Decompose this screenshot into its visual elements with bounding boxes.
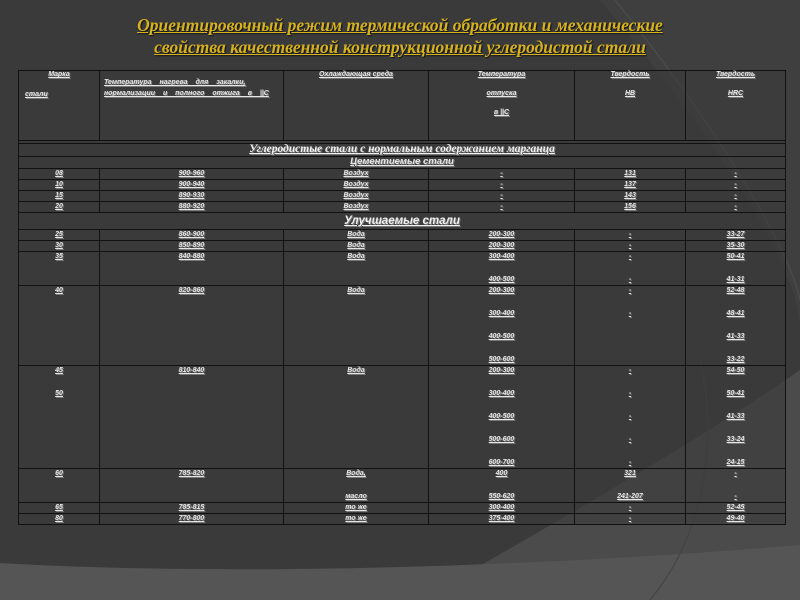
- cell-text: 41-33: [727, 333, 745, 340]
- cell-tempering: 375-400: [429, 514, 575, 525]
- cell-cooling: Вода,масло: [284, 469, 429, 503]
- cell-text: -: [629, 504, 631, 511]
- cell-cooling: то же: [284, 503, 429, 514]
- cell-line: -: [575, 366, 685, 376]
- cell-text: 60: [55, 470, 63, 477]
- cell-hb: -----: [575, 366, 686, 469]
- cell-line: 48-41: [686, 309, 785, 319]
- cell-line: 60: [19, 469, 99, 479]
- cell-text: 200-300: [489, 287, 515, 294]
- title-line-2: свойства качественной конструкционной уг…: [60, 36, 740, 58]
- cell-text: 300-400: [489, 253, 515, 260]
- cell-line: 33-24: [686, 435, 785, 445]
- header-grade-line1: Марка: [48, 71, 70, 78]
- cell-line: 200-300: [489, 242, 515, 249]
- cell-text: -: [629, 367, 631, 374]
- cell-line: Вода: [284, 286, 428, 296]
- cell-line: 30: [55, 242, 63, 249]
- cell-text: 550-620: [489, 493, 515, 500]
- cell-text: 900-960: [179, 170, 205, 177]
- cell-text: Вода: [347, 287, 365, 294]
- cell-text: Вода: [347, 242, 365, 249]
- cell-line: -: [575, 435, 685, 445]
- cell-cooling: Воздух: [284, 180, 429, 191]
- cell-line: [575, 332, 685, 342]
- cell-text: 300-400: [489, 310, 515, 317]
- cell-text: -: [629, 390, 631, 397]
- cell-text: -: [734, 493, 736, 500]
- header-hb-line1: Твердость: [610, 71, 649, 78]
- cell-text: 400-500: [489, 413, 515, 420]
- cell-tempering: -: [429, 180, 575, 191]
- cell-hrc: -: [686, 202, 786, 213]
- cell-line: 33-22: [686, 355, 785, 365]
- cell-line: Вода: [347, 242, 365, 249]
- cell-grade: 25: [19, 230, 100, 241]
- cell-text: 131: [624, 170, 636, 177]
- cell-line: 35-30: [727, 242, 745, 249]
- cell-grade: 80: [19, 514, 100, 525]
- cell-line: 41-33: [686, 412, 785, 422]
- cell-text: 33-27: [727, 231, 745, 238]
- cell-text: Вода: [347, 253, 365, 260]
- cell-text: 200-300: [489, 231, 515, 238]
- cell-cooling: Вода: [284, 366, 429, 469]
- header-grade: Марка стали: [19, 71, 100, 141]
- cell-text: Воздух: [343, 170, 368, 177]
- cell-heating: 820-860: [100, 286, 284, 366]
- cell-line: -: [629, 231, 631, 238]
- table-row: 35840-880Вода300-400400-500--50-4141-31: [19, 252, 786, 286]
- cell-line: -: [575, 275, 685, 285]
- table-row: 4550810-840Вода200-300300-400400-500500-…: [19, 366, 786, 469]
- cell-cooling: Воздух: [284, 202, 429, 213]
- cell-line: 375-400: [489, 515, 515, 522]
- cell-line: 400-500: [429, 332, 574, 342]
- cell-hb: -: [575, 230, 686, 241]
- cell-hb: --: [575, 286, 686, 366]
- cell-text: 50: [55, 390, 63, 397]
- cell-text: 785-815: [179, 504, 205, 511]
- cell-hb: -: [575, 503, 686, 514]
- cell-cooling: Вода: [284, 286, 429, 366]
- header-heating-temp: Температура нагрева для закалки, нормали…: [100, 71, 284, 141]
- cell-line: Вода: [347, 231, 365, 238]
- header-tempering-line1: Температура: [478, 71, 526, 78]
- cell-line: 54-50: [686, 366, 785, 376]
- cell-hrc: 52-4848-4141-3333-22: [686, 286, 786, 366]
- cell-text: -: [734, 470, 736, 477]
- cell-text: 33-22: [727, 356, 745, 363]
- cell-text: 785-820: [179, 470, 205, 477]
- cell-tempering: 200-300: [429, 241, 575, 252]
- section-title: Углеродистые стали с нормальным содержан…: [19, 144, 786, 157]
- cell-text: 400-500: [489, 276, 515, 283]
- subsection-title: Цементиемые стали: [19, 157, 786, 169]
- table-row: 10900-940Воздух-137-: [19, 180, 786, 191]
- table-row: 20880-920Воздух-156-: [19, 202, 786, 213]
- cell-heating: 900-940: [100, 180, 284, 191]
- cell-tempering: -: [429, 202, 575, 213]
- section-improved: Улучшаемые стали: [19, 213, 786, 230]
- cell-text: 15: [55, 192, 63, 199]
- cell-grade: 35: [19, 252, 100, 286]
- cell-line: 300-400: [429, 389, 574, 399]
- cell-hb: 137: [575, 180, 686, 191]
- cell-text: Вода,: [346, 470, 366, 477]
- cell-text: 400-500: [489, 333, 515, 340]
- cell-grade: 10: [19, 180, 100, 191]
- cell-line: -: [575, 286, 685, 296]
- cell-line: 400-500: [429, 412, 574, 422]
- cell-line: 25: [55, 231, 63, 238]
- cell-text: 400: [496, 470, 508, 477]
- header-grade-line2: стали: [19, 91, 99, 98]
- cell-text: 200-300: [489, 367, 515, 374]
- cell-text: -: [629, 287, 631, 294]
- cell-hrc: 49-40: [686, 514, 786, 525]
- cell-text: 810-840: [179, 367, 205, 374]
- cell-text: 500-600: [489, 356, 515, 363]
- cell-line: 33-27: [727, 231, 745, 238]
- cell-hrc: 50-4141-31: [686, 252, 786, 286]
- table-row: 15890-930Воздух-143-: [19, 191, 786, 202]
- cell-line: 41-31: [686, 275, 785, 285]
- cell-grade: 4550: [19, 366, 100, 469]
- header-tempering-line2: отпуска: [429, 90, 574, 97]
- cell-hb: -: [575, 514, 686, 525]
- cell-hrc: -: [686, 191, 786, 202]
- cell-text: 10: [55, 181, 63, 188]
- cell-grade: 20: [19, 202, 100, 213]
- cell-grade: 60: [19, 469, 100, 503]
- cell-line: -: [575, 412, 685, 422]
- cell-text: 49-40: [727, 515, 745, 522]
- page-title: Ориентировочный режим термической обрабо…: [60, 14, 740, 58]
- cell-text: 30: [55, 242, 63, 249]
- section-title: Улучшаемые стали: [19, 213, 786, 230]
- cell-line: -: [629, 515, 631, 522]
- cell-text: -: [629, 231, 631, 238]
- cell-line: -: [686, 492, 785, 502]
- cell-line: -: [575, 458, 685, 468]
- header-hb-line2: HB: [575, 90, 685, 97]
- cell-line: 500-600: [429, 355, 574, 365]
- cell-line: -: [629, 504, 631, 511]
- table-row: 40820-860Вода200-300300-400400-500500-60…: [19, 286, 786, 366]
- cell-text: -: [629, 436, 631, 443]
- cell-text: 850-890: [179, 242, 205, 249]
- cell-text: 890-930: [179, 192, 205, 199]
- cell-hrc: 35-30: [686, 241, 786, 252]
- header-heating-temp-text: Температура нагрева для закалки, нормали…: [104, 79, 269, 97]
- cell-tempering: 200-300300-400400-500500-600600-700: [429, 366, 575, 469]
- cell-hb: -: [575, 241, 686, 252]
- cell-cooling: Вода: [284, 241, 429, 252]
- cell-text: -: [734, 181, 736, 188]
- cell-hb: 321241-207: [575, 469, 686, 503]
- cell-line: 35: [19, 252, 99, 262]
- cell-heating: 880-920: [100, 202, 284, 213]
- cell-line: 321: [575, 469, 685, 479]
- cell-text: Воздух: [343, 203, 368, 210]
- cell-line: Вода,: [284, 469, 428, 479]
- cell-line: то же: [345, 515, 366, 522]
- cell-heating: 890-930: [100, 191, 284, 202]
- cell-text: 137: [624, 181, 636, 188]
- cell-text: 880-920: [179, 203, 205, 210]
- cell-line: 300-400: [429, 309, 574, 319]
- header-tempering-line3: в ||С: [429, 109, 574, 116]
- cell-text: 41-31: [727, 276, 745, 283]
- cell-tempering: -: [429, 191, 575, 202]
- cell-text: -: [500, 170, 502, 177]
- cell-tempering: 200-300: [429, 230, 575, 241]
- cell-line: 50: [19, 389, 99, 399]
- cell-line: 50-41: [686, 252, 785, 262]
- cell-cooling: Воздух: [284, 191, 429, 202]
- cell-text: 33-24: [727, 436, 745, 443]
- cell-text: -: [629, 515, 631, 522]
- cell-heating: 810-840: [100, 366, 284, 469]
- cell-line: 80: [55, 515, 63, 522]
- cell-grade: 08: [19, 169, 100, 180]
- cell-text: 65: [55, 504, 63, 511]
- cell-text: -: [629, 459, 631, 466]
- cell-hrc: -: [686, 169, 786, 180]
- cell-text: -: [734, 203, 736, 210]
- header-tempering: Температура отпуска в ||С: [429, 71, 575, 141]
- cell-text: -: [734, 192, 736, 199]
- cell-hrc: 52-45: [686, 503, 786, 514]
- header-cooling: Охлаждающая среда: [284, 71, 429, 141]
- cell-text: -: [629, 310, 631, 317]
- cell-text: 41-33: [727, 413, 745, 420]
- table-row: 25860-900Вода200-300-33-27: [19, 230, 786, 241]
- cell-text: -: [629, 242, 631, 249]
- cell-line: 24-15: [686, 458, 785, 468]
- cell-text: то же: [345, 515, 366, 522]
- cell-text: 54-50: [727, 367, 745, 374]
- cell-hrc: --: [686, 469, 786, 503]
- cell-text: 25: [55, 231, 63, 238]
- cell-text: 50-41: [727, 390, 745, 397]
- cell-text: 24-15: [727, 459, 745, 466]
- cell-line: 49-40: [727, 515, 745, 522]
- cell-line: 400-500: [429, 275, 574, 285]
- table-row: 65785-815то же300-400-52-45: [19, 503, 786, 514]
- cell-text: 600-700: [489, 459, 515, 466]
- cell-hb: 143: [575, 191, 686, 202]
- cell-hrc: -: [686, 180, 786, 191]
- cell-text: 52-48: [727, 287, 745, 294]
- cell-text: Вода: [347, 367, 365, 374]
- cell-text: 321: [624, 470, 636, 477]
- cell-text: 48-41: [727, 310, 745, 317]
- heat-treatment-table: Марка стали Температура нагрева для зака…: [18, 70, 786, 525]
- cell-line: 40: [19, 286, 99, 296]
- cell-line: 300-400: [429, 252, 574, 262]
- cell-tempering: 200-300300-400400-500500-600: [429, 286, 575, 366]
- cell-heating: 850-890: [100, 241, 284, 252]
- cell-cooling: Воздух: [284, 169, 429, 180]
- cell-text: 45: [55, 367, 63, 374]
- cell-line: -: [575, 309, 685, 319]
- cell-cooling: Вода: [284, 252, 429, 286]
- cell-tempering: 300-400: [429, 503, 575, 514]
- cell-line: 241-207: [575, 492, 685, 502]
- header-hb: Твердость HB: [575, 71, 686, 141]
- cell-text: -: [734, 170, 736, 177]
- section-title-text: Улучшаемые стали: [344, 215, 460, 227]
- cell-text: 900-940: [179, 181, 205, 188]
- cell-tempering: -: [429, 169, 575, 180]
- cell-text: 80: [55, 515, 63, 522]
- cell-line: 50-41: [686, 389, 785, 399]
- cell-line: 52-48: [686, 286, 785, 296]
- cell-heating: 785-815: [100, 503, 284, 514]
- cell-heating: 770-800: [100, 514, 284, 525]
- header-cooling-text: Охлаждающая среда: [319, 71, 393, 78]
- section-carbon-normal-mn: Углеродистые стали с нормальным содержан…: [19, 144, 786, 157]
- cell-text: то же: [345, 504, 366, 511]
- table-row: 80770-800то же375-400-49-40: [19, 514, 786, 525]
- cell-line: 400: [429, 469, 574, 479]
- cell-text: Воздух: [343, 181, 368, 188]
- cell-text: 860-900: [179, 231, 205, 238]
- cell-line: 500-600: [429, 435, 574, 445]
- cell-text: 820-860: [179, 287, 205, 294]
- header-hrc: Твердость HRC: [686, 71, 786, 141]
- cell-line: 550-620: [429, 492, 574, 502]
- cell-grade: 30: [19, 241, 100, 252]
- cell-text: 375-400: [489, 515, 515, 522]
- cell-line: -: [686, 469, 785, 479]
- cell-text: Воздух: [343, 192, 368, 199]
- cell-line: 52-45: [727, 504, 745, 511]
- cell-line: 600-700: [429, 458, 574, 468]
- cell-text: 143: [624, 192, 636, 199]
- cell-text: -: [629, 276, 631, 283]
- cell-line: 200-300: [429, 286, 574, 296]
- cell-text: 500-600: [489, 436, 515, 443]
- cell-text: -: [629, 253, 631, 260]
- cell-text: 156: [624, 203, 636, 210]
- cell-text: 300-400: [489, 504, 515, 511]
- section-title-text: Углеродистые стали с нормальным содержан…: [249, 143, 555, 155]
- cell-text: -: [500, 181, 502, 188]
- cell-heating: 860-900: [100, 230, 284, 241]
- cell-text: 20: [55, 203, 63, 210]
- cell-tempering: 400550-620: [429, 469, 575, 503]
- cell-text: 35-30: [727, 242, 745, 249]
- cell-text: Вода: [347, 231, 365, 238]
- cell-line: Вода: [284, 366, 428, 376]
- cell-tempering: 300-400400-500: [429, 252, 575, 286]
- header-hrc-line1: Твердость: [716, 71, 755, 78]
- cell-hb: 156: [575, 202, 686, 213]
- cell-line: 41-33: [686, 332, 785, 342]
- cell-hrc: 54-5050-4141-3333-2424-15: [686, 366, 786, 469]
- cell-text: 770-800: [179, 515, 205, 522]
- section-carburized: Цементиемые стали: [19, 157, 786, 169]
- cell-line: -: [575, 252, 685, 262]
- subsection-title-text: Цементиемые стали: [350, 156, 454, 167]
- cell-hb: --: [575, 252, 686, 286]
- cell-line: 45: [19, 366, 99, 376]
- cell-line: -: [575, 389, 685, 399]
- cell-heating: 840-880: [100, 252, 284, 286]
- cell-line: -: [629, 242, 631, 249]
- cell-text: -: [629, 413, 631, 420]
- header-row: Марка стали Температура нагрева для зака…: [19, 71, 786, 141]
- cell-text: 08: [55, 170, 63, 177]
- cell-line: 300-400: [489, 504, 515, 511]
- cell-line: Вода: [284, 252, 428, 262]
- cell-heating: 900-960: [100, 169, 284, 180]
- table-row: 60785-820Вода,масло400550-620321241-207-…: [19, 469, 786, 503]
- cell-grade: 15: [19, 191, 100, 202]
- cell-line: 65: [55, 504, 63, 511]
- cell-line: [575, 355, 685, 365]
- cell-heating: 785-820: [100, 469, 284, 503]
- cell-grade: 65: [19, 503, 100, 514]
- cell-text: -: [500, 192, 502, 199]
- cell-text: 200-300: [489, 242, 515, 249]
- cell-text: 840-880: [179, 253, 205, 260]
- cell-text: -: [500, 203, 502, 210]
- table-row: 30850-890Вода200-300-35-30: [19, 241, 786, 252]
- cell-hrc: 33-27: [686, 230, 786, 241]
- cell-text: 40: [55, 287, 63, 294]
- cell-text: 300-400: [489, 390, 515, 397]
- cell-text: 50-41: [727, 253, 745, 260]
- cell-line: 200-300: [429, 366, 574, 376]
- cell-line: 200-300: [489, 231, 515, 238]
- cell-text: 52-45: [727, 504, 745, 511]
- table-row: 08900-960Воздух-131-: [19, 169, 786, 180]
- cell-hb: 131: [575, 169, 686, 180]
- cell-text: масло: [345, 493, 367, 500]
- cell-cooling: то же: [284, 514, 429, 525]
- cell-text: 241-207: [617, 493, 643, 500]
- cell-line: то же: [345, 504, 366, 511]
- header-hrc-line2: HRC: [686, 90, 785, 97]
- cell-text: 35: [55, 253, 63, 260]
- cell-line: масло: [284, 492, 428, 502]
- cell-grade: 40: [19, 286, 100, 366]
- cell-cooling: Вода: [284, 230, 429, 241]
- title-line-1: Ориентировочный режим термической обрабо…: [60, 14, 740, 36]
